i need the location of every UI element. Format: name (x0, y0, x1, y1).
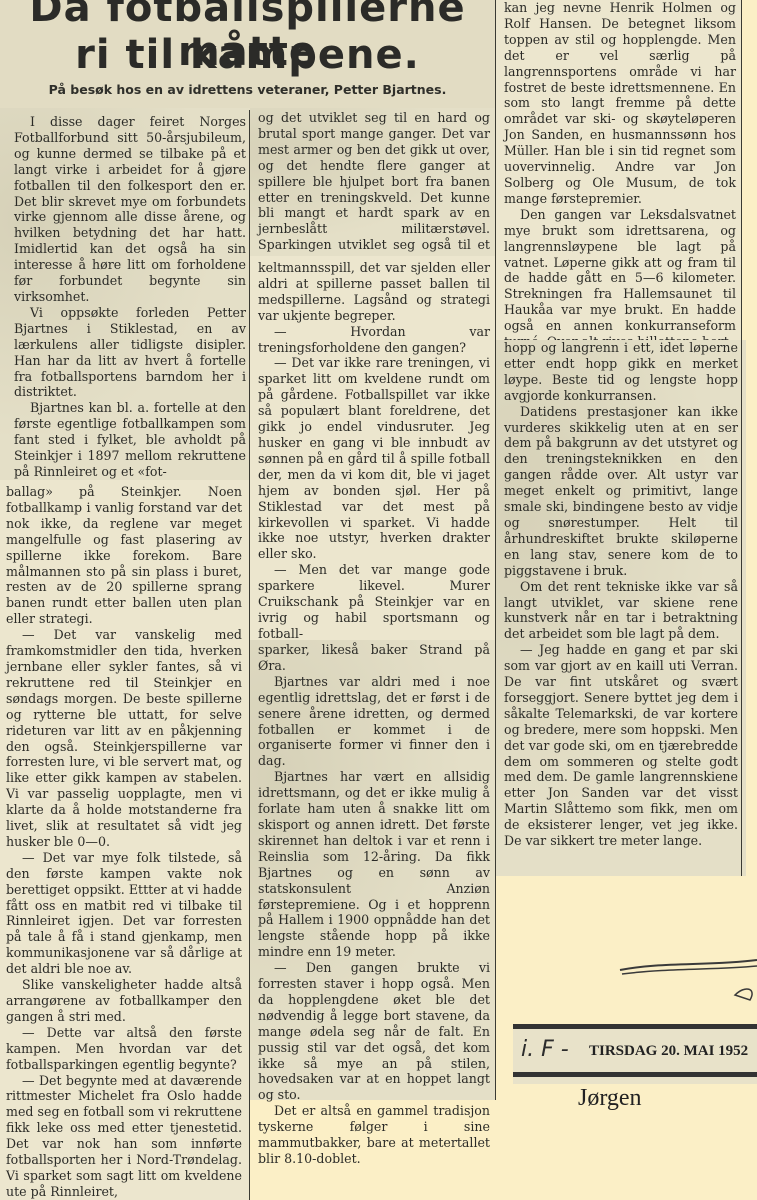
date-band: i. F - TIRSDAG 20. MAI 1952 (513, 1024, 757, 1084)
date-band-rule-bottom (513, 1072, 757, 1077)
column2-text-b: keltmannsspill, det var sjelden eller al… (258, 260, 490, 642)
column2-clip-c: sparker, likeså baker Strand på Øra.Bjar… (250, 640, 496, 1100)
paragraph: — Hvordan var treningsforholdene den gan… (258, 324, 490, 356)
paragraph: keltmannsspill, det var sjelden eller al… (258, 260, 490, 324)
paragraph: Om det rent tekniske ikke var så langt u… (504, 579, 738, 643)
column2-text-c: sparker, likeså baker Strand på Øra.Bjar… (258, 642, 490, 1167)
paragraph: — Jeg hadde en gang et par ski som var g… (504, 642, 738, 849)
pen-sketch (600, 940, 757, 1020)
paragraph: Den gangen var Leksdalsvatnet mye brukt … (504, 207, 736, 350)
column3-text-a: kan jeg nevne Henrik Holmen og Rolf Hans… (504, 0, 736, 350)
column3-clip-b: hopp og langrenn i ett, idet løperne ett… (496, 340, 746, 876)
paragraph: — Det var ikke rare treningen, vi sparke… (258, 355, 490, 562)
column1-clip-a: I disse dager feiret Norges Fotballforbu… (0, 108, 250, 480)
headline-block: Da fotballspillerne måtte ri til kampene… (0, 0, 495, 108)
paragraph: Bjartnes var aldri med i noe egentlig id… (258, 674, 490, 769)
paragraph: hopp og langrenn i ett, idet løperne ett… (504, 340, 738, 404)
column-rule-2 (495, 0, 496, 1100)
column2-clip-a: og det utviklet seg til en hard og bruta… (250, 108, 496, 256)
paragraph: — Den gangen brukte vi forresten staver … (258, 960, 490, 1103)
headline-line-2: ri til kampene. (0, 33, 495, 77)
paragraph: Bjartnes kan bl. a. fortelle at den førs… (14, 400, 246, 480)
paragraph: kan jeg nevne Henrik Holmen og Rolf Hans… (504, 0, 736, 207)
column1-text-b: ballag» på Steinkjer. Noen fotballkamp i… (6, 484, 242, 1200)
paragraph: Det er altså en gammel tradisjon tyskern… (258, 1103, 490, 1167)
paragraph: sparker, likeså baker Strand på Øra. (258, 642, 490, 674)
date-band-rule-top (513, 1024, 757, 1029)
column-rule-1 (249, 110, 250, 1200)
paragraph: — Dette var altså den første kampen. Men… (6, 1025, 242, 1073)
paragraph: Bjartnes har vært en allsidig idrettsman… (258, 769, 490, 960)
paragraph: — Det var vanskelig med framkomstmidler … (6, 627, 242, 850)
signature: Jørgen (578, 1085, 642, 1112)
paragraph: — Det begynte med at daværende rittmeste… (6, 1073, 242, 1200)
paragraph: og det utviklet seg til en hard og bruta… (258, 110, 490, 269)
paragraph: — Men det var mange gode sparkere likeve… (258, 562, 490, 642)
paragraph: ballag» på Steinkjer. Noen fotballkamp i… (6, 484, 242, 627)
paragraph: I disse dager feiret Norges Fotballforbu… (14, 114, 246, 305)
column3-clip-a: kan jeg nevne Henrik Holmen og Rolf Hans… (496, 0, 742, 340)
column2-clip-b: keltmannsspill, det var sjelden eller al… (250, 256, 496, 640)
handwritten-note: i. F - (521, 1037, 569, 1062)
paragraph: — Det var mye folk tilstede, så den førs… (6, 850, 242, 977)
column3-text-b: hopp og langrenn i ett, idet løperne ett… (504, 340, 738, 849)
paragraph: Slike vanskeligheter hadde altså arrangø… (6, 977, 242, 1025)
subheadline: På besøk hos en av idrettens veteraner, … (0, 82, 495, 97)
paragraph: Vi oppsøkte forleden Petter Bjartnes i S… (14, 305, 246, 400)
paragraph: Datidens prestasjoner kan ikke vurderes … (504, 404, 738, 579)
publication-date: TIRSDAG 20. MAI 1952 (589, 1043, 748, 1060)
column2-text-a: og det utviklet seg til en hard og bruta… (258, 110, 490, 269)
column-rule-3 (741, 0, 742, 876)
column1-text-a: I disse dager feiret Norges Fotballforbu… (14, 114, 246, 480)
column1-clip-b: ballag» på Steinkjer. Noen fotballkamp i… (0, 480, 250, 1200)
